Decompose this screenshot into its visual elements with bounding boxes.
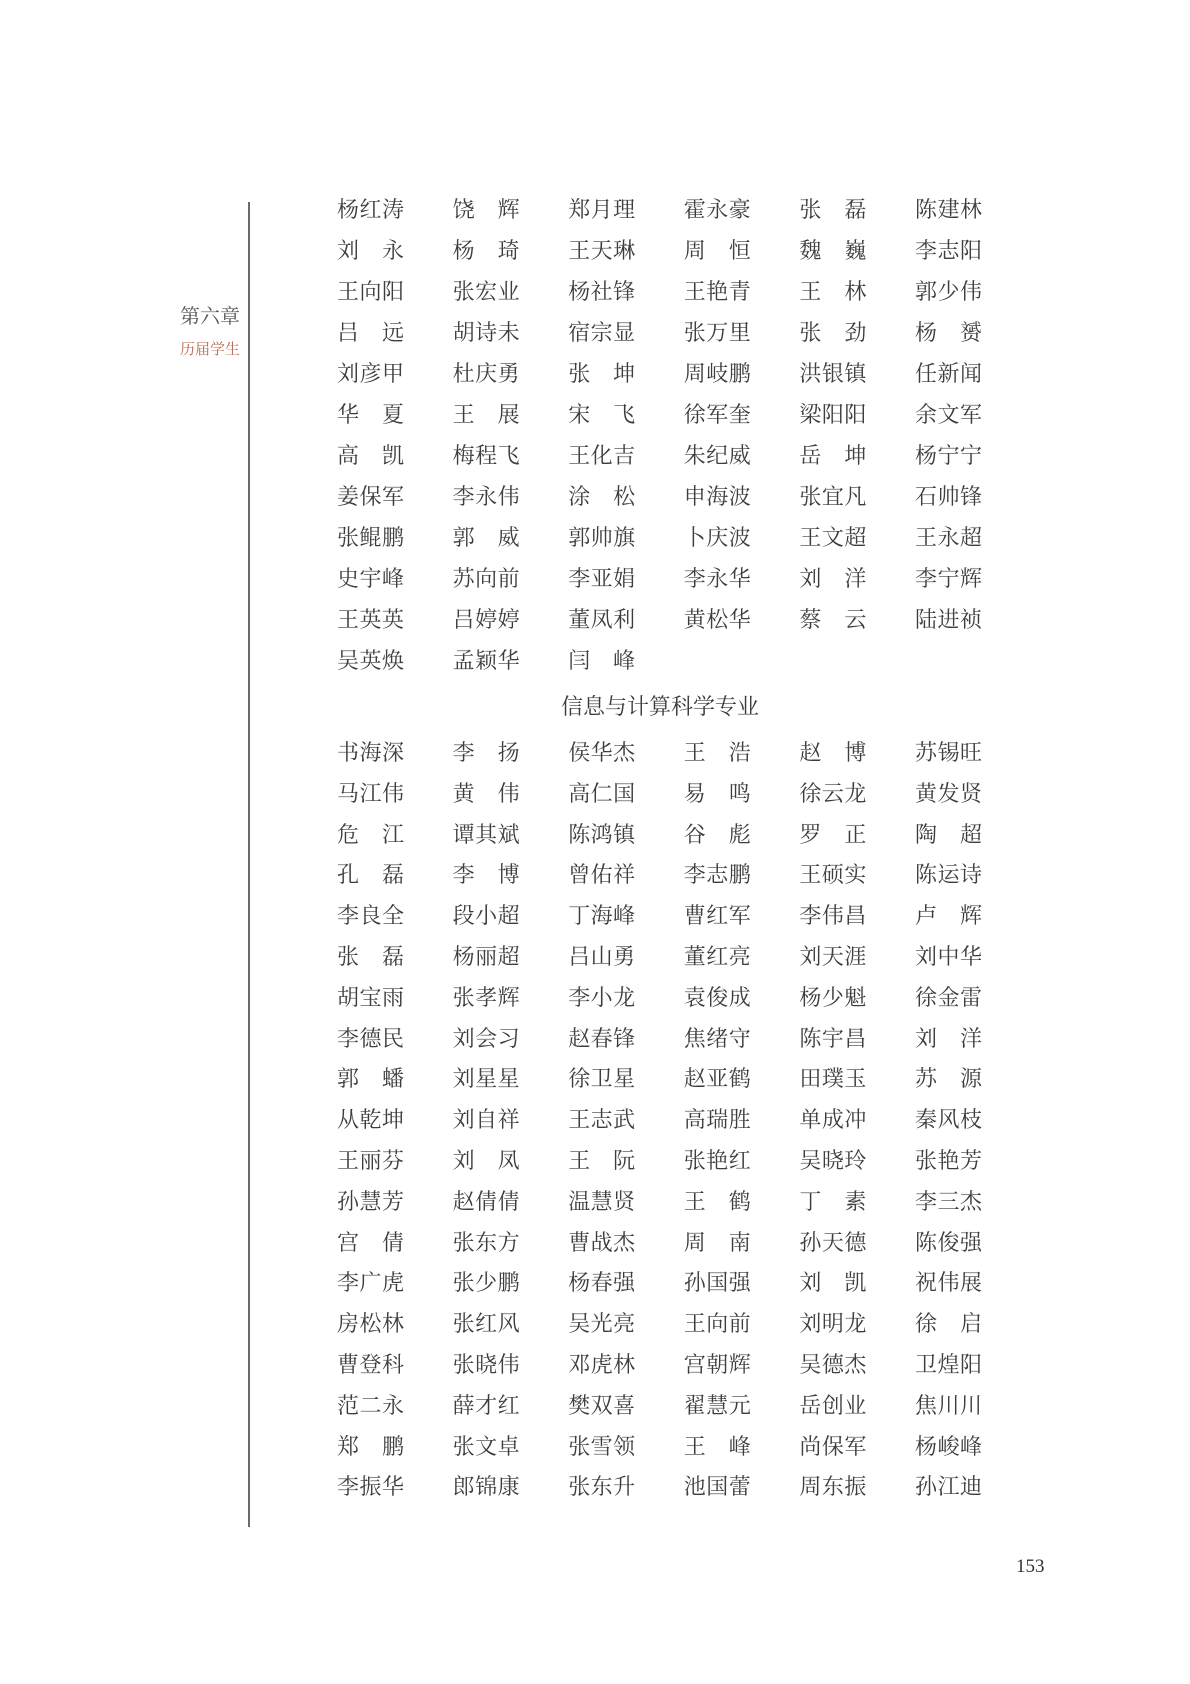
student-name: 李三杰	[915, 1189, 982, 1217]
student-name: 周岐鹏	[684, 361, 751, 389]
major-heading: 信息与计算科学专业	[337, 693, 983, 723]
student-name: 杨春强	[568, 1270, 635, 1298]
student-name: 马江伟	[337, 781, 404, 809]
student-name: 孙国强	[684, 1270, 751, 1298]
student-name: 杨赟	[915, 320, 982, 348]
student-name: 王浩	[684, 740, 751, 768]
student-name: 书海深	[337, 740, 404, 768]
student-name: 杨峻峰	[915, 1434, 982, 1462]
student-name: 徐云龙	[799, 781, 866, 809]
student-name: 杨琦	[453, 238, 520, 266]
student-name: 杨丽超	[453, 944, 520, 972]
student-name: 刘自祥	[453, 1107, 520, 1135]
student-name: 张东方	[453, 1230, 520, 1258]
section-label: 历届学生	[176, 340, 240, 358]
student-name: 薛才红	[453, 1393, 520, 1421]
student-name: 张宜凡	[799, 484, 866, 512]
student-name: 吴英焕	[337, 648, 404, 676]
student-name: 杨宁宁	[915, 443, 982, 471]
student-name: 赵博	[799, 740, 866, 768]
student-name: 郭帅旗	[568, 525, 635, 553]
student-name: 饶辉	[453, 197, 520, 225]
student-name: 张孝辉	[453, 985, 520, 1013]
student-name: 胡宝雨	[337, 985, 404, 1013]
student-name: 李德民	[337, 1026, 404, 1054]
student-name: 岳坤	[799, 443, 866, 471]
student-name: 丁海峰	[568, 903, 635, 931]
student-name: 王志武	[568, 1107, 635, 1135]
student-name: 卜庆波	[684, 525, 751, 553]
student-name: 刘天涯	[799, 944, 866, 972]
student-name: 谷彪	[684, 822, 751, 850]
student-name: 张东升	[568, 1474, 635, 1502]
student-name: 张晓伟	[453, 1352, 520, 1380]
student-name: 郭蟠	[337, 1066, 404, 1094]
student-name: 王永超	[915, 525, 982, 553]
student-name: 郭少伟	[915, 279, 982, 307]
student-name: 张艳芳	[915, 1148, 982, 1176]
student-name: 张劲	[799, 320, 866, 348]
student-name: 翟慧元	[684, 1393, 751, 1421]
student-name: 张红风	[453, 1311, 520, 1339]
student-name: 李永伟	[453, 484, 520, 512]
student-name: 苏锡旺	[915, 740, 982, 768]
student-name: 张坤	[568, 361, 635, 389]
margin-rule	[248, 202, 250, 1527]
student-name: 高凯	[337, 443, 404, 471]
student-name: 孟颖华	[453, 648, 520, 676]
student-name: 姜保军	[337, 484, 404, 512]
student-name: 魏巍	[799, 238, 866, 266]
student-name: 李小龙	[568, 985, 635, 1013]
student-name: 王向前	[684, 1311, 751, 1339]
student-name: 段小超	[453, 903, 520, 931]
student-name: 梅程飞	[453, 443, 520, 471]
student-name: 王硕实	[799, 862, 866, 890]
student-name: 董凤利	[568, 607, 635, 635]
student-name: 张宏业	[453, 279, 520, 307]
student-name: 陈建林	[915, 197, 982, 225]
student-name: 王阮	[568, 1148, 635, 1176]
student-name: 胡诗未	[453, 320, 520, 348]
student-name: 李振华	[337, 1474, 404, 1502]
student-name: 王林	[799, 279, 866, 307]
student-name: 卫煌阳	[915, 1352, 982, 1380]
student-name: 刘永	[337, 238, 404, 266]
student-name: 刘洋	[915, 1026, 982, 1054]
student-name: 宫朝辉	[684, 1352, 751, 1380]
student-name: 王丽芬	[337, 1148, 404, 1176]
student-name: 闫峰	[568, 648, 635, 676]
student-name: 王展	[453, 402, 520, 430]
student-name: 刘明龙	[799, 1311, 866, 1339]
student-name: 余文军	[915, 402, 982, 430]
student-name: 苏向前	[453, 566, 520, 594]
student-name: 郑月理	[568, 197, 635, 225]
student-name: 樊双喜	[568, 1393, 635, 1421]
student-name: 史宇峰	[337, 566, 404, 594]
student-name: 李志阳	[915, 238, 982, 266]
student-name: 董红亮	[684, 944, 751, 972]
student-name: 王鹤	[684, 1189, 751, 1217]
student-name: 张少鹏	[453, 1270, 520, 1298]
student-name: 吕远	[337, 320, 404, 348]
student-name: 王天琳	[568, 238, 635, 266]
student-name: 杜庆勇	[453, 361, 520, 389]
student-name: 罗正	[799, 822, 866, 850]
student-name: 李博	[453, 862, 520, 890]
student-name-grid-2: 书海深李扬侯华杰王浩赵博苏锡旺马江伟黄伟高仁国易鸣徐云龙黄发贤危江谭其斌陈鸿镇谷…	[337, 740, 1031, 1515]
student-name: 周东振	[799, 1474, 866, 1502]
student-name: 侯华杰	[568, 740, 635, 768]
student-name: 刘会习	[453, 1026, 520, 1054]
student-name: 郎锦康	[453, 1474, 520, 1502]
student-name: 朱纪威	[684, 443, 751, 471]
student-name: 曹战杰	[568, 1230, 635, 1258]
student-name: 任新闻	[915, 361, 982, 389]
student-name: 张文卓	[453, 1434, 520, 1462]
student-name: 秦风枝	[915, 1107, 982, 1135]
student-name: 杨社锋	[568, 279, 635, 307]
student-name: 谭其斌	[453, 822, 520, 850]
student-name: 徐启	[915, 1311, 982, 1339]
student-name: 危江	[337, 822, 404, 850]
student-name: 范二永	[337, 1393, 404, 1421]
student-name: 徐金雷	[915, 985, 982, 1013]
student-name: 李良全	[337, 903, 404, 931]
student-name: 张万里	[684, 320, 751, 348]
student-name: 洪银镇	[799, 361, 866, 389]
student-name: 杨红涛	[337, 197, 404, 225]
student-name: 涂松	[568, 484, 635, 512]
student-name: 曹登科	[337, 1352, 404, 1380]
student-name: 王英英	[337, 607, 404, 635]
student-name-grid-1: 杨红涛饶辉郑月理霍永豪张磊陈建林刘永杨琦王天琳周恒魏巍李志阳王向阳张宏业杨社锋王…	[337, 197, 1031, 689]
student-name: 张磊	[337, 944, 404, 972]
student-name: 黄发贤	[915, 781, 982, 809]
student-name: 李亚娟	[568, 566, 635, 594]
student-name: 易鸣	[684, 781, 751, 809]
student-name: 石帅锋	[915, 484, 982, 512]
student-name: 王文超	[799, 525, 866, 553]
student-name: 吴晓玲	[799, 1148, 866, 1176]
student-name: 李扬	[453, 740, 520, 768]
student-name: 吕山勇	[568, 944, 635, 972]
student-name: 张艳红	[684, 1148, 751, 1176]
student-name: 宿宗显	[568, 320, 635, 348]
student-name: 郑鹏	[337, 1434, 404, 1462]
student-name: 刘凯	[799, 1270, 866, 1298]
student-name: 苏源	[915, 1066, 982, 1094]
student-name: 孔磊	[337, 862, 404, 890]
student-name: 王艳青	[684, 279, 751, 307]
student-name: 申海波	[684, 484, 751, 512]
student-name: 温慧贤	[568, 1189, 635, 1217]
student-name: 霍永豪	[684, 197, 751, 225]
student-name: 徐军奎	[684, 402, 751, 430]
student-name: 单成冲	[799, 1107, 866, 1135]
student-name: 宫倩	[337, 1230, 404, 1258]
student-name: 刘彦甲	[337, 361, 404, 389]
student-name: 孙慧芳	[337, 1189, 404, 1217]
student-name: 黄伟	[453, 781, 520, 809]
student-name: 池国蕾	[684, 1474, 751, 1502]
student-name: 祝伟展	[915, 1270, 982, 1298]
student-name: 刘凤	[453, 1148, 520, 1176]
student-name: 梁阳阳	[799, 402, 866, 430]
student-name: 赵春锋	[568, 1026, 635, 1054]
student-name: 李广虎	[337, 1270, 404, 1298]
student-name: 王峰	[684, 1434, 751, 1462]
student-name: 杨少魁	[799, 985, 866, 1013]
student-name: 吴德杰	[799, 1352, 866, 1380]
student-name: 袁俊成	[684, 985, 751, 1013]
student-name: 周南	[684, 1230, 751, 1258]
student-name: 陈运诗	[915, 862, 982, 890]
student-name: 李宁辉	[915, 566, 982, 594]
student-name: 田璞玉	[799, 1066, 866, 1094]
student-name: 陈俊强	[915, 1230, 982, 1258]
student-name: 岳创业	[799, 1393, 866, 1421]
student-name: 尚保军	[799, 1434, 866, 1462]
student-name: 黄松华	[684, 607, 751, 635]
student-name: 焦川川	[915, 1393, 982, 1421]
student-name: 陈鸿镇	[568, 822, 635, 850]
student-name: 张磊	[799, 197, 866, 225]
student-name: 丁素	[799, 1189, 866, 1217]
student-name: 蔡云	[799, 607, 866, 635]
student-name: 焦绪守	[684, 1026, 751, 1054]
student-name: 曾佑祥	[568, 862, 635, 890]
student-name: 周恒	[684, 238, 751, 266]
student-name: 孙天德	[799, 1230, 866, 1258]
student-name: 王向阳	[337, 279, 404, 307]
student-name: 赵倩倩	[453, 1189, 520, 1217]
student-name: 赵亚鹤	[684, 1066, 751, 1094]
student-name: 卢辉	[915, 903, 982, 931]
student-name: 华夏	[337, 402, 404, 430]
student-name: 张雪领	[568, 1434, 635, 1462]
student-name: 陶超	[915, 822, 982, 850]
student-name: 曹红军	[684, 903, 751, 931]
student-name: 王化吉	[568, 443, 635, 471]
student-name: 高仁国	[568, 781, 635, 809]
student-name: 刘洋	[799, 566, 866, 594]
student-name: 高瑞胜	[684, 1107, 751, 1135]
student-name: 宋飞	[568, 402, 635, 430]
page-number: 153	[1016, 1556, 1045, 1578]
student-name: 孙江迪	[915, 1474, 982, 1502]
student-name: 从乾坤	[337, 1107, 404, 1135]
student-name: 吕婷婷	[453, 607, 520, 635]
student-name: 陆进祯	[915, 607, 982, 635]
student-name: 邓虎林	[568, 1352, 635, 1380]
student-name: 徐卫星	[568, 1066, 635, 1094]
student-name: 刘星星	[453, 1066, 520, 1094]
student-name: 李永华	[684, 566, 751, 594]
student-name: 陈宇昌	[799, 1026, 866, 1054]
chapter-label: 第六章	[176, 304, 240, 328]
student-name: 吴光亮	[568, 1311, 635, 1339]
student-name: 房松林	[337, 1311, 404, 1339]
student-name: 张鲲鹏	[337, 525, 404, 553]
student-name: 郭威	[453, 525, 520, 553]
student-name: 刘中华	[915, 944, 982, 972]
student-name: 李伟昌	[799, 903, 866, 931]
student-name: 李志鹏	[684, 862, 751, 890]
